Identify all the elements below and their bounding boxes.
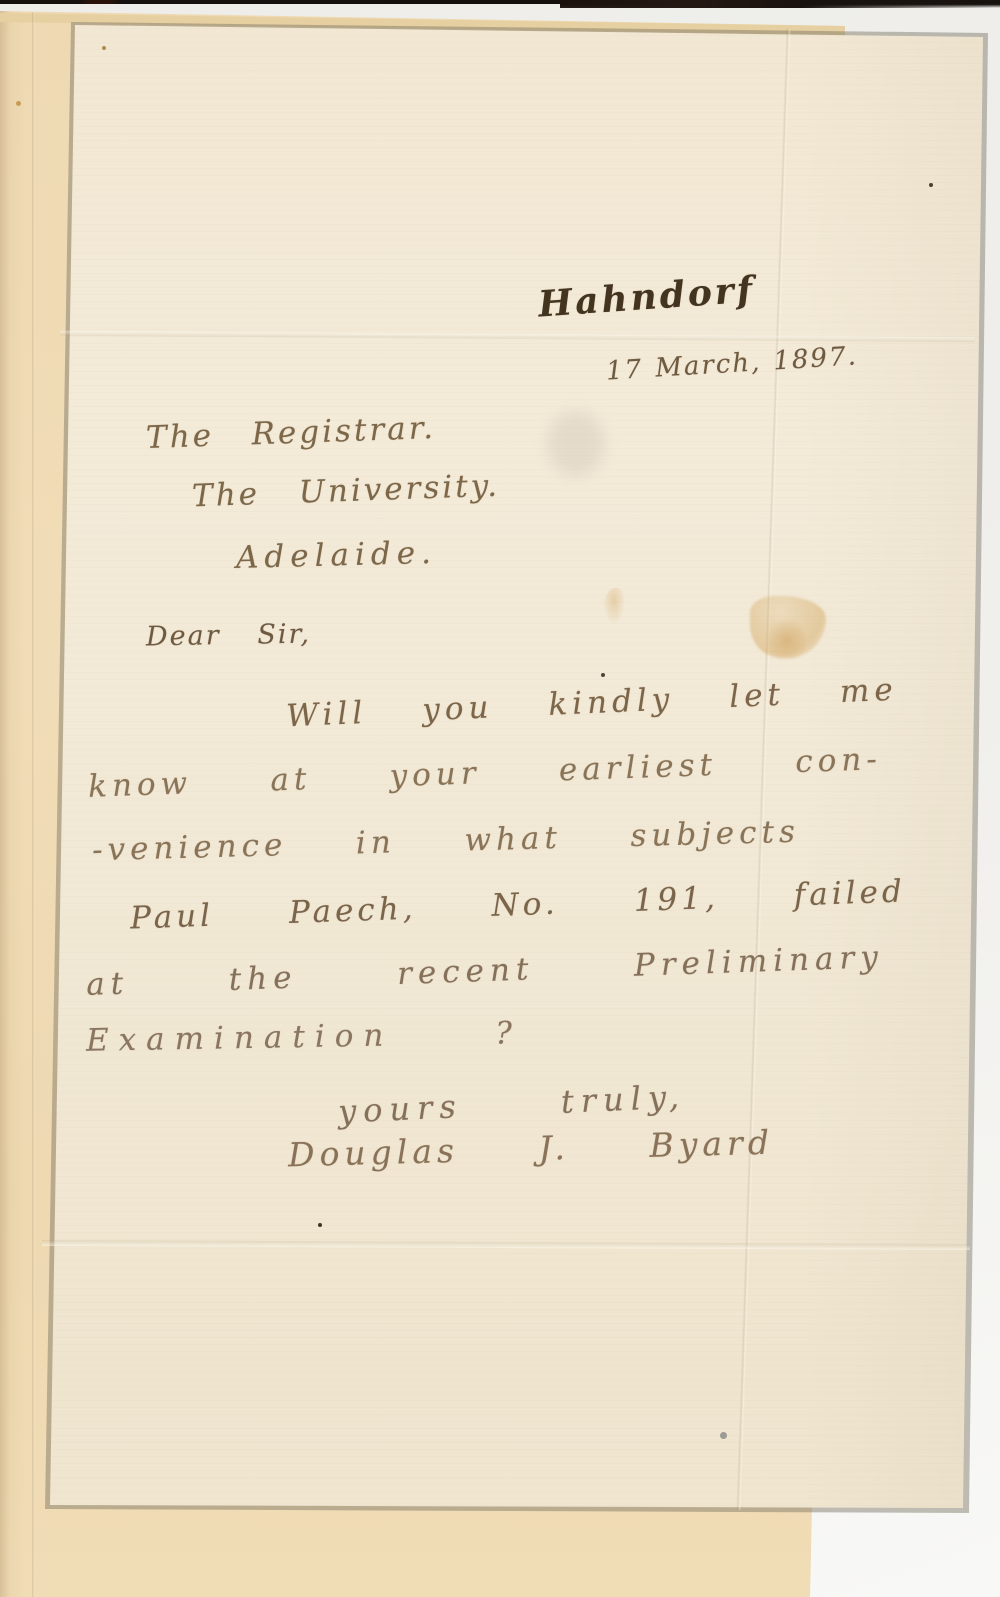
scanned-letter-page: { "letter": { "place": "Hahndorf", "date… — [0, 0, 1000, 1597]
paper-speck — [929, 183, 933, 187]
paper-speck — [720, 1432, 727, 1439]
salutation-line: Dear Sir, — [146, 619, 312, 653]
paper-speck — [102, 46, 106, 50]
paper-speck — [16, 101, 21, 106]
large-stain-core — [768, 618, 806, 662]
gray-smudge — [548, 412, 604, 476]
paper-speck — [601, 673, 605, 677]
paper-speck — [318, 1223, 322, 1227]
recipient-line-3: Adelaide. — [236, 535, 469, 577]
scanner-edge-strip-right — [560, 0, 1000, 8]
backing-sheet-crease — [32, 12, 35, 1597]
body-line-6: Examination ? — [86, 1016, 523, 1059]
